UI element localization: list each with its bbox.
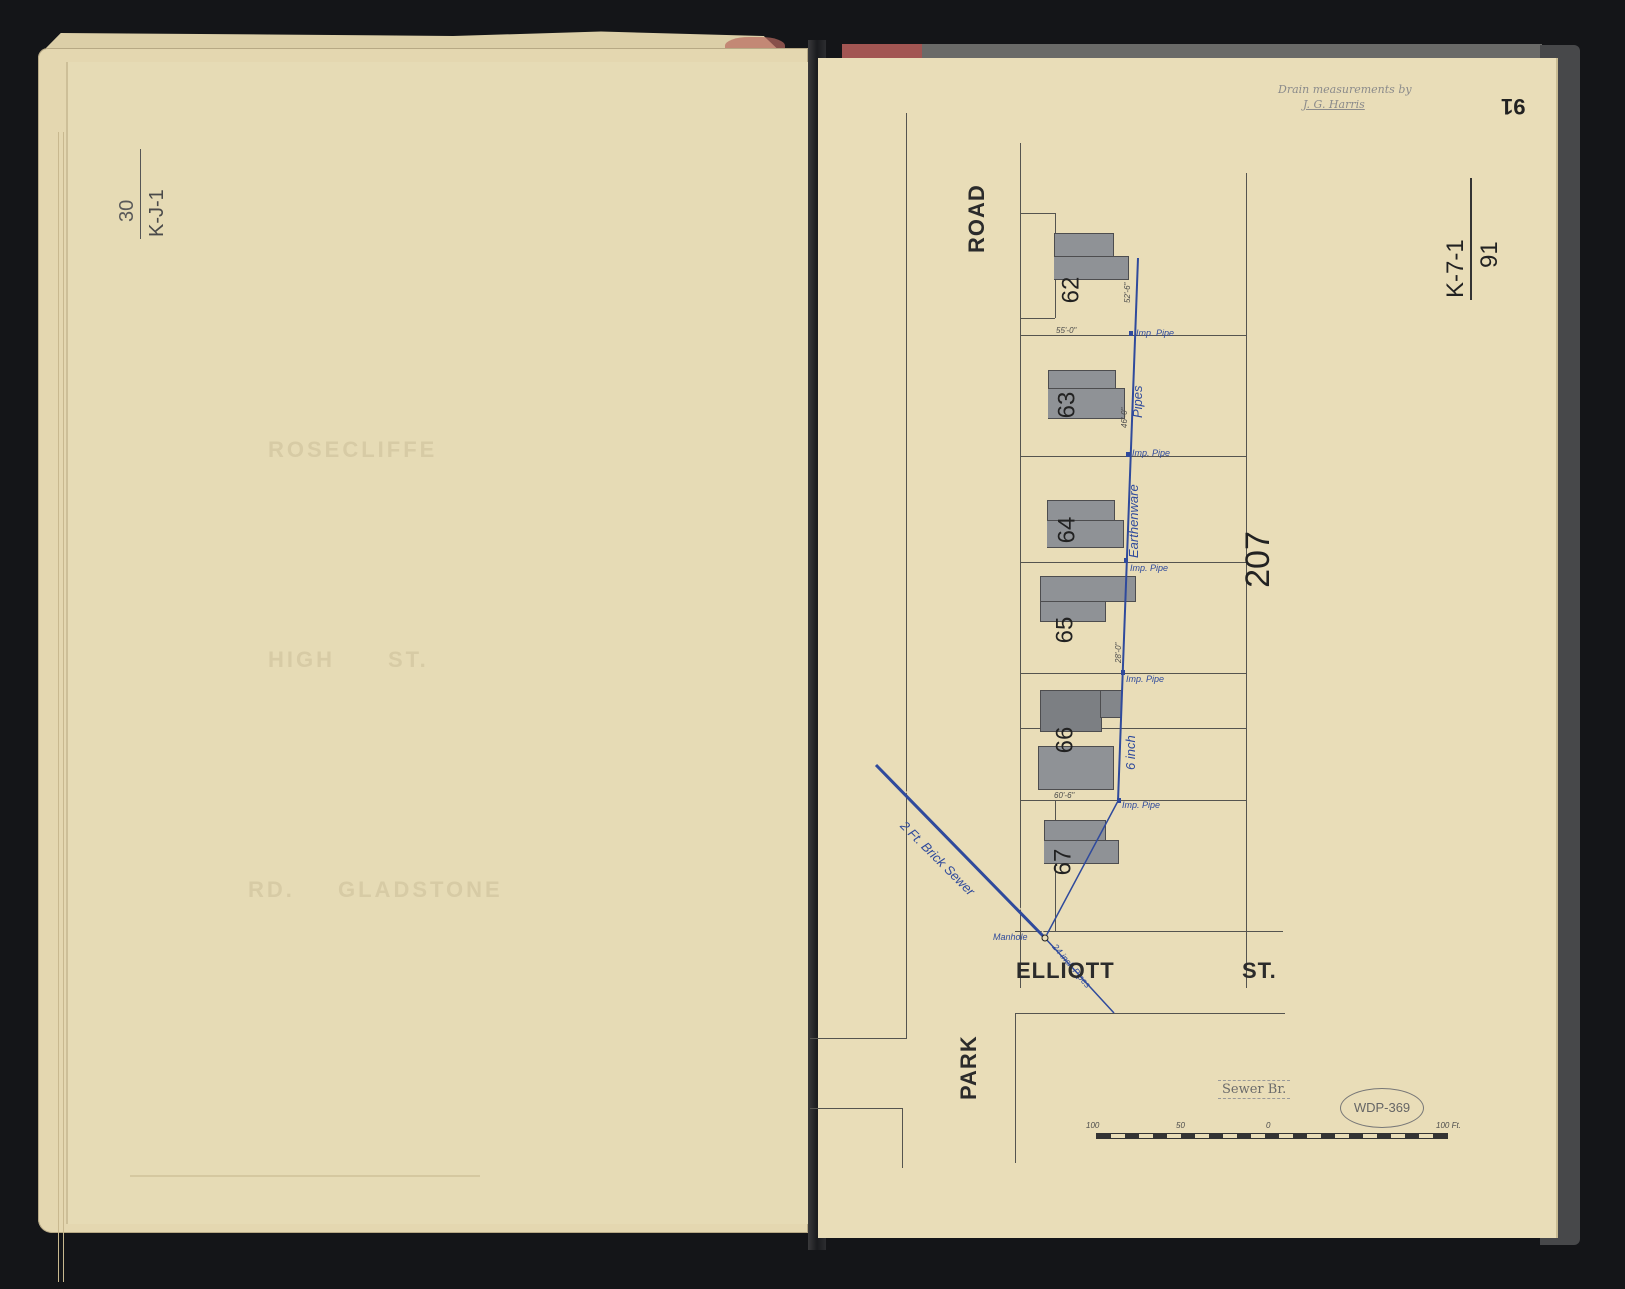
manhole-label: Manhole (993, 932, 1028, 942)
street-st: ST. (1242, 958, 1277, 984)
imp-pipe-label: Imp. Pipe (1132, 448, 1170, 458)
dimension-label: 60'-6" (1054, 791, 1074, 800)
six-inch-label: 6 inch (1123, 735, 1138, 770)
drainage-lines (818, 58, 1556, 1238)
dimension-label: 52'-6" (1123, 283, 1132, 303)
street-elliott: ELLIOTT (1016, 958, 1115, 984)
imp-pipe-label: Imp. Pipe (1136, 328, 1174, 338)
ghost-street-high-st: ST. (388, 647, 429, 673)
ghost-street-gladstone-rd: RD. (248, 877, 295, 903)
scale-label: 0 (1266, 1121, 1270, 1130)
imp-pipe-label: Imp. Pipe (1122, 800, 1160, 810)
scale-bar (1096, 1133, 1448, 1139)
fraction-line (140, 149, 141, 239)
scale-label: 50 (1176, 1121, 1185, 1130)
ghost-street-gladstone: GLADSTONE (338, 877, 503, 903)
left-code-numerator: K-J-1 (146, 189, 169, 237)
imp-pipe-label: Imp. Pipe (1130, 563, 1168, 573)
left-code-denominator: 30 (116, 200, 139, 222)
dimension-label: 28'-0" (1114, 643, 1123, 663)
page-edge-line (63, 132, 64, 1282)
street-park: PARK (956, 1035, 982, 1100)
scale-label: 100 Ft. (1436, 1121, 1461, 1130)
dimension-label: 55'-0" (1056, 326, 1076, 335)
right-page-map: Drain measurements by J. G. Harris 91 K-… (818, 58, 1558, 1238)
pipes-label: Pipes (1130, 385, 1145, 418)
dimension-label: 46'-0" (1120, 408, 1129, 428)
imp-pipe-label: Imp. Pipe (1126, 674, 1164, 684)
street-road: ROAD (964, 184, 990, 253)
archive-id-stamp: WDP-369 (1340, 1088, 1424, 1128)
left-catalog-code: 30 K-J-1 (96, 147, 176, 247)
page-edge-line (58, 132, 59, 1282)
sewer-branch-stamp: Sewer Br. (1218, 1080, 1290, 1099)
scale-label: 100 (1086, 1121, 1099, 1130)
ghost-street-rosecliffe: ROSECLIFFE (268, 437, 437, 463)
earthenware-label: Earthenware (1126, 484, 1141, 558)
ghost-street-high: HIGH (268, 647, 335, 673)
left-page: 30 K-J-1 ROSECLIFFE HIGH ST. GLADSTONE R… (66, 62, 813, 1224)
ghost-scale-bar (130, 1175, 480, 1177)
